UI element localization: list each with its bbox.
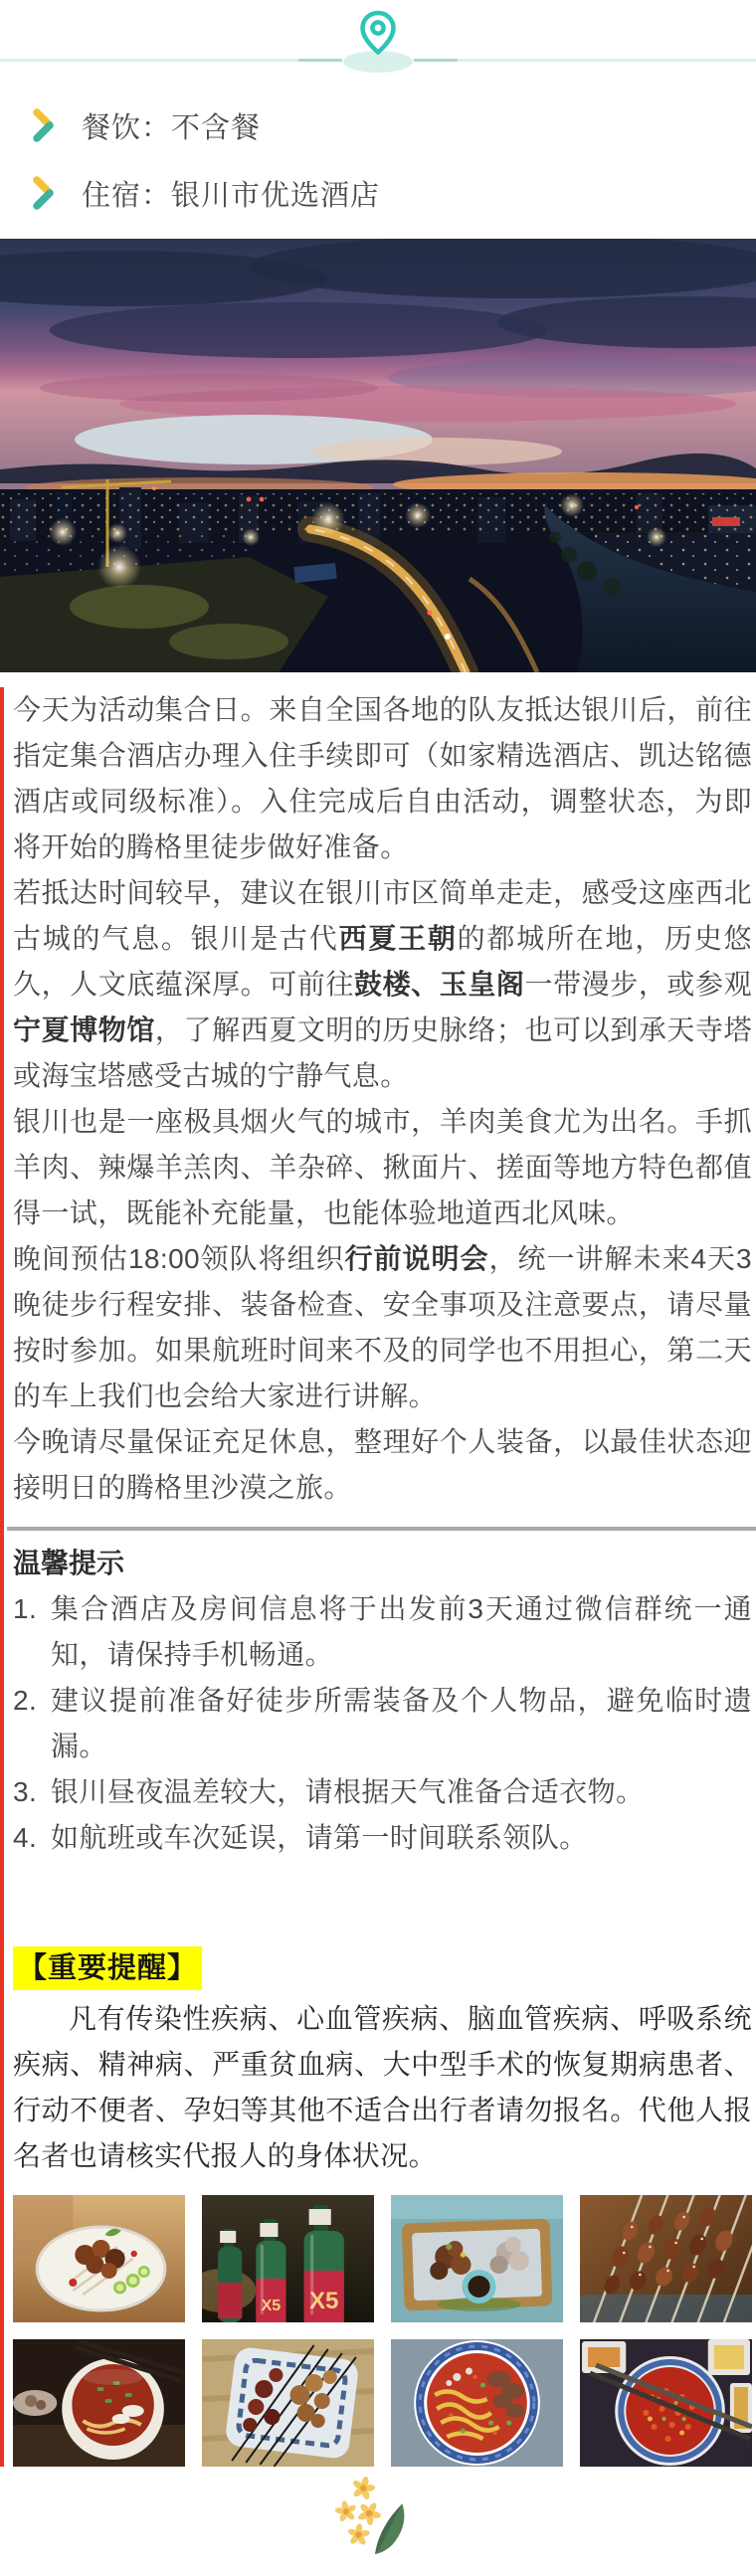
article-paragraph: 今晚请尽量保证充足休息，整理好个人装备，以最佳状态迎接明日的腾格里沙漠之旅。 bbox=[13, 1419, 752, 1511]
food-photo-2-beer[interactable]: X5 X5 bbox=[202, 2195, 374, 2322]
info-list: 餐饮：不含餐 住宿：银川市优选酒店 bbox=[0, 99, 756, 215]
food-photo-8[interactable] bbox=[580, 2339, 752, 2467]
article-page: 餐饮：不含餐 住宿：银川市优选酒店 bbox=[0, 0, 756, 2576]
food-photo-4[interactable] bbox=[580, 2195, 752, 2322]
tip-item: 2.建议提前准备好徒步所需装备及个人物品，避免临时遗漏。 bbox=[13, 1678, 752, 1769]
divider-line-right-accent bbox=[414, 59, 458, 62]
important-notice-body: 凡有传染性疾病、心血管疾病、脑血管疾病、呼吸系统疾病、精神病、严重贫血病、大中型… bbox=[13, 1996, 752, 2179]
food-photo-grid: X5 X5 bbox=[13, 2195, 752, 2467]
flower-leaf-icon bbox=[334, 2477, 422, 2558]
article-content: 今天为活动集合日。来自全国各地的队友抵达银川后，前往指定集合酒店办理入住手续即可… bbox=[0, 687, 756, 2467]
article-paragraph: 晚间预估18:00领队将组织行前说明会，统一讲解未来4天3晚徒步行程安排、装备检… bbox=[13, 1236, 752, 1419]
location-divider-section bbox=[0, 0, 756, 99]
lodging-label: 住宿：银川市优选酒店 bbox=[82, 173, 380, 214]
info-row-meals: 餐饮：不含餐 bbox=[30, 103, 756, 147]
meals-label: 餐饮：不含餐 bbox=[82, 105, 261, 146]
section-divider bbox=[7, 1527, 756, 1531]
tips-title: 温馨提示 bbox=[13, 1541, 752, 1586]
spacer bbox=[13, 1861, 752, 1946]
tip-item: 3.银川昼夜温差较大，请根据天气准备合适衣物。 bbox=[13, 1769, 752, 1815]
divider-line-right bbox=[458, 59, 756, 62]
divider-line-left bbox=[0, 59, 298, 62]
chevron-right-icon bbox=[30, 174, 60, 212]
info-row-lodging: 住宿：银川市优选酒店 bbox=[30, 171, 756, 215]
hero-photo-yinchuan-night[interactable] bbox=[0, 239, 756, 672]
location-pin-icon bbox=[358, 10, 398, 60]
divider-line-left-accent bbox=[298, 59, 342, 62]
tips-list: 1.集合酒店及房间信息将于出发前3天通过微信群统一通知，请保持手机畅通。2.建议… bbox=[13, 1586, 752, 1861]
food-photo-1[interactable] bbox=[13, 2195, 185, 2322]
article-paragraph: 若抵达时间较早，建议在银川市区简单走走，感受这座西北古城的气息。银川是古代西夏王… bbox=[13, 870, 752, 1099]
article-paragraphs: 今天为活动集合日。来自全国各地的队友抵达银川后，前往指定集合酒店办理入住手续即可… bbox=[13, 687, 752, 1511]
food-photo-6[interactable] bbox=[202, 2339, 374, 2467]
food-photo-5[interactable] bbox=[13, 2339, 185, 2467]
beer-label-text: X5 bbox=[309, 2288, 339, 2314]
food-photo-7[interactable] bbox=[391, 2339, 563, 2467]
important-notice-title: 【重要提醒】 bbox=[13, 1946, 202, 1990]
food-photo-3[interactable] bbox=[391, 2195, 563, 2322]
chevron-right-icon bbox=[30, 106, 60, 144]
tip-item: 4.如航班或车次延误，请第一时间联系领队。 bbox=[13, 1815, 752, 1861]
tip-item: 1.集合酒店及房间信息将于出发前3天通过微信群统一通知，请保持手机畅通。 bbox=[13, 1586, 752, 1678]
article-paragraph: 今天为活动集合日。来自全国各地的队友抵达银川后，前往指定集合酒店办理入住手续即可… bbox=[13, 687, 752, 870]
article-paragraph: 银川也是一座极具烟火气的城市，羊肉美食尤为出名。手抓羊肉、辣爆羊羔肉、羊杂碎、揪… bbox=[13, 1099, 752, 1236]
beer-label-text: X5 bbox=[262, 2297, 282, 2314]
footer-ornament bbox=[0, 2467, 756, 2576]
